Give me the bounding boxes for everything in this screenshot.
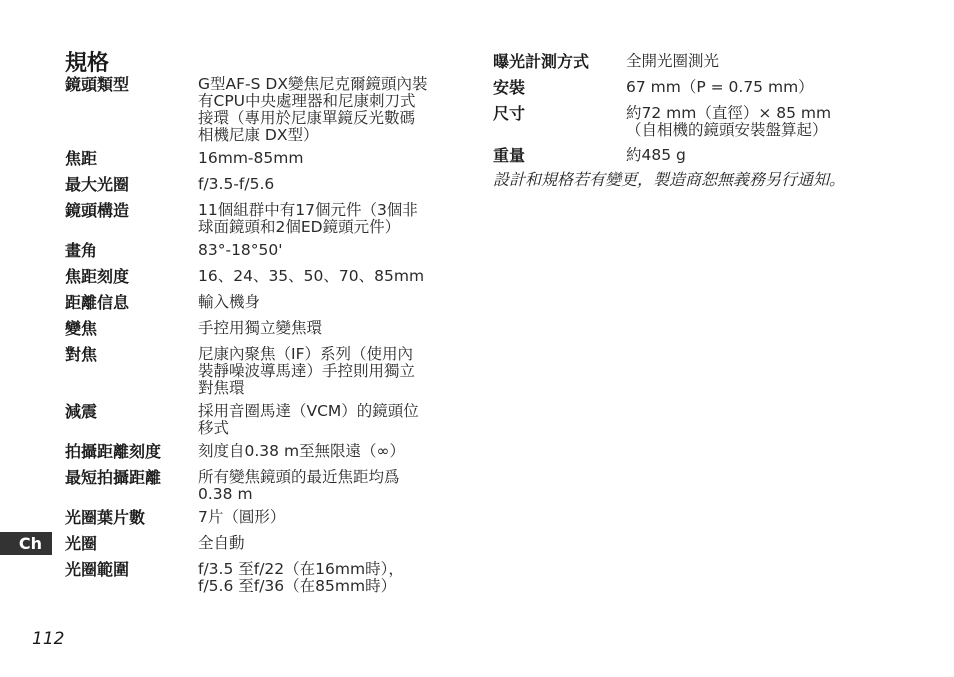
spec-label: 畫角 — [65, 242, 198, 260]
spec-value-line: 相機尼康 DX型） — [198, 127, 465, 144]
language-tab: Ch — [0, 532, 52, 555]
spec-label: 最大光圈 — [65, 176, 198, 194]
spec-value-line: 67 mm（P = 0.75 mm） — [626, 79, 913, 96]
spec-label: 安裝 — [493, 79, 626, 97]
spec-value-line: 尼康內聚焦（IF）系列（使用內 — [198, 346, 465, 363]
spec-value-line: 有CPU中央處理器和尼康刺刀式 — [198, 93, 465, 110]
spec-value: 全開光圈測光 — [626, 53, 913, 70]
spec-row: 安裝67 mm（P = 0.75 mm） — [493, 79, 913, 97]
spec-value-line: 球面鏡頭和2個ED鏡頭元件） — [198, 219, 465, 236]
spec-value: 尼康內聚焦（IF）系列（使用內裝靜噪波導馬達）手控則用獨立對焦環 — [198, 346, 465, 397]
spec-row: 拍攝距離刻度刻度自0.38 m至無限遠（∞） — [65, 443, 465, 461]
spec-value: 手控用獨立變焦環 — [198, 320, 465, 337]
spec-value-line: 約72 mm（直徑）× 85 mm — [626, 105, 913, 122]
spec-row: 光圈範圍f/3.5 至f/22（在16mm時），f/5.6 至f/36（在85m… — [65, 561, 465, 595]
spec-value: 83°-18°50' — [198, 242, 465, 259]
spec-value-line: 約485 g — [626, 147, 913, 164]
spec-label: 尺寸 — [493, 105, 626, 123]
spec-value: 7片（圓形） — [198, 509, 465, 526]
spec-rows-right: 曝光計測方式全開光圈測光安裝67 mm（P = 0.75 mm）尺寸約72 mm… — [493, 53, 913, 165]
language-tab-label: Ch — [19, 532, 52, 555]
spec-row: 距離信息輸入機身 — [65, 294, 465, 312]
spec-value: 16mm-85mm — [198, 150, 465, 167]
spec-label: 焦距 — [65, 150, 198, 168]
page-number: 112 — [32, 629, 64, 649]
spec-row: 變焦手控用獨立變焦環 — [65, 320, 465, 338]
spec-row: 焦距16mm-85mm — [65, 150, 465, 168]
spec-label: 減震 — [65, 403, 198, 421]
spec-value-line: f/3.5 至f/22（在16mm時）， — [198, 561, 465, 578]
spec-value-line: 所有變焦鏡頭的最近焦距均爲 — [198, 469, 465, 486]
spec-value: 11個組群中有17個元件（3個非球面鏡頭和2個ED鏡頭元件） — [198, 202, 465, 236]
spec-label: 距離信息 — [65, 294, 198, 312]
spec-label: 對焦 — [65, 346, 198, 364]
spec-row: 光圈全自動 — [65, 535, 465, 553]
spec-value-line: （自相機的鏡頭安裝盤算起） — [626, 122, 913, 139]
spec-value-line: 手控用獨立變焦環 — [198, 320, 465, 337]
spec-row: 畫角83°-18°50' — [65, 242, 465, 260]
spec-value-line: 對焦環 — [198, 380, 465, 397]
spec-value-line: f/3.5-f/5.6 — [198, 176, 465, 193]
spec-value: G型AF-S DX變焦尼克爾鏡頭內裝有CPU中央處理器和尼康刺刀式接環（專用於尼… — [198, 76, 465, 144]
spec-list-left: 鏡頭類型G型AF-S DX變焦尼克爾鏡頭內裝有CPU中央處理器和尼康刺刀式接環（… — [65, 76, 465, 595]
spec-value-line: G型AF-S DX變焦尼克爾鏡頭內裝 — [198, 76, 465, 93]
spec-value: 67 mm（P = 0.75 mm） — [626, 79, 913, 96]
spec-value-line: 7片（圓形） — [198, 509, 465, 526]
spec-value-line: 移式 — [198, 420, 465, 437]
spec-row: 最大光圈f/3.5-f/5.6 — [65, 176, 465, 194]
spec-row: 鏡頭類型G型AF-S DX變焦尼克爾鏡頭內裝有CPU中央處理器和尼康刺刀式接環（… — [65, 76, 465, 144]
spec-value: 約485 g — [626, 147, 913, 164]
spec-row: 尺寸約72 mm（直徑）× 85 mm（自相機的鏡頭安裝盤算起） — [493, 105, 913, 139]
spec-value-line: 16mm-85mm — [198, 150, 465, 167]
spec-value-line: 0.38 m — [198, 486, 465, 503]
spec-label: 光圈葉片數 — [65, 509, 198, 527]
spec-row: 重量約485 g — [493, 147, 913, 165]
spec-value: f/3.5-f/5.6 — [198, 176, 465, 193]
spec-row: 鏡頭構造11個組群中有17個元件（3個非球面鏡頭和2個ED鏡頭元件） — [65, 202, 465, 236]
spec-row: 光圈葉片數7片（圓形） — [65, 509, 465, 527]
spec-list-right: 曝光計測方式全開光圈測光安裝67 mm（P = 0.75 mm）尺寸約72 mm… — [493, 53, 913, 190]
spec-value-line: 裝靜噪波導馬達）手控則用獨立 — [198, 363, 465, 380]
spec-value-line: 全自動 — [198, 535, 465, 552]
spec-value: 全自動 — [198, 535, 465, 552]
spec-label: 拍攝距離刻度 — [65, 443, 198, 461]
disclaimer-note: 設計和規格若有變更，製造商恕無義務另行通知。 — [493, 167, 913, 190]
spec-label: 光圈範圍 — [65, 561, 198, 579]
spec-row: 曝光計測方式全開光圈測光 — [493, 53, 913, 71]
spec-value-line: 刻度自0.38 m至無限遠（∞） — [198, 443, 465, 460]
spec-label: 最短拍攝距離 — [65, 469, 198, 487]
spec-label: 曝光計測方式 — [493, 53, 626, 71]
spec-label: 重量 — [493, 147, 626, 165]
spec-value-line: 接環（專用於尼康單鏡反光數碼 — [198, 110, 465, 127]
spec-value-line: f/5.6 至f/36（在85mm時） — [198, 578, 465, 595]
spec-value-line: 83°-18°50' — [198, 242, 465, 259]
spec-value: 輸入機身 — [198, 294, 465, 311]
spec-value: 採用音圈馬達（VCM）的鏡頭位移式 — [198, 403, 465, 437]
spec-label: 鏡頭構造 — [65, 202, 198, 220]
spec-value-line: 採用音圈馬達（VCM）的鏡頭位 — [198, 403, 465, 420]
spec-label: 光圈 — [65, 535, 198, 553]
spec-value-line: 輸入機身 — [198, 294, 465, 311]
spec-row: 減震採用音圈馬達（VCM）的鏡頭位移式 — [65, 403, 465, 437]
page-title: 規格 — [65, 46, 109, 77]
spec-label: 變焦 — [65, 320, 198, 338]
spec-value-line: 全開光圈測光 — [626, 53, 913, 70]
spec-row: 焦距刻度16、24、35、50、70、85mm — [65, 268, 465, 286]
spec-value-line: 16、24、35、50、70、85mm — [198, 268, 465, 285]
spec-label: 鏡頭類型 — [65, 76, 198, 94]
spec-value: 約72 mm（直徑）× 85 mm（自相機的鏡頭安裝盤算起） — [626, 105, 913, 139]
spec-value: 所有變焦鏡頭的最近焦距均爲0.38 m — [198, 469, 465, 503]
spec-value: 刻度自0.38 m至無限遠（∞） — [198, 443, 465, 460]
spec-row: 對焦尼康內聚焦（IF）系列（使用內裝靜噪波導馬達）手控則用獨立對焦環 — [65, 346, 465, 397]
spec-value-line: 11個組群中有17個元件（3個非 — [198, 202, 465, 219]
spec-row: 最短拍攝距離所有變焦鏡頭的最近焦距均爲0.38 m — [65, 469, 465, 503]
spec-value: f/3.5 至f/22（在16mm時），f/5.6 至f/36（在85mm時） — [198, 561, 465, 595]
spec-label: 焦距刻度 — [65, 268, 198, 286]
spec-value: 16、24、35、50、70、85mm — [198, 268, 465, 285]
